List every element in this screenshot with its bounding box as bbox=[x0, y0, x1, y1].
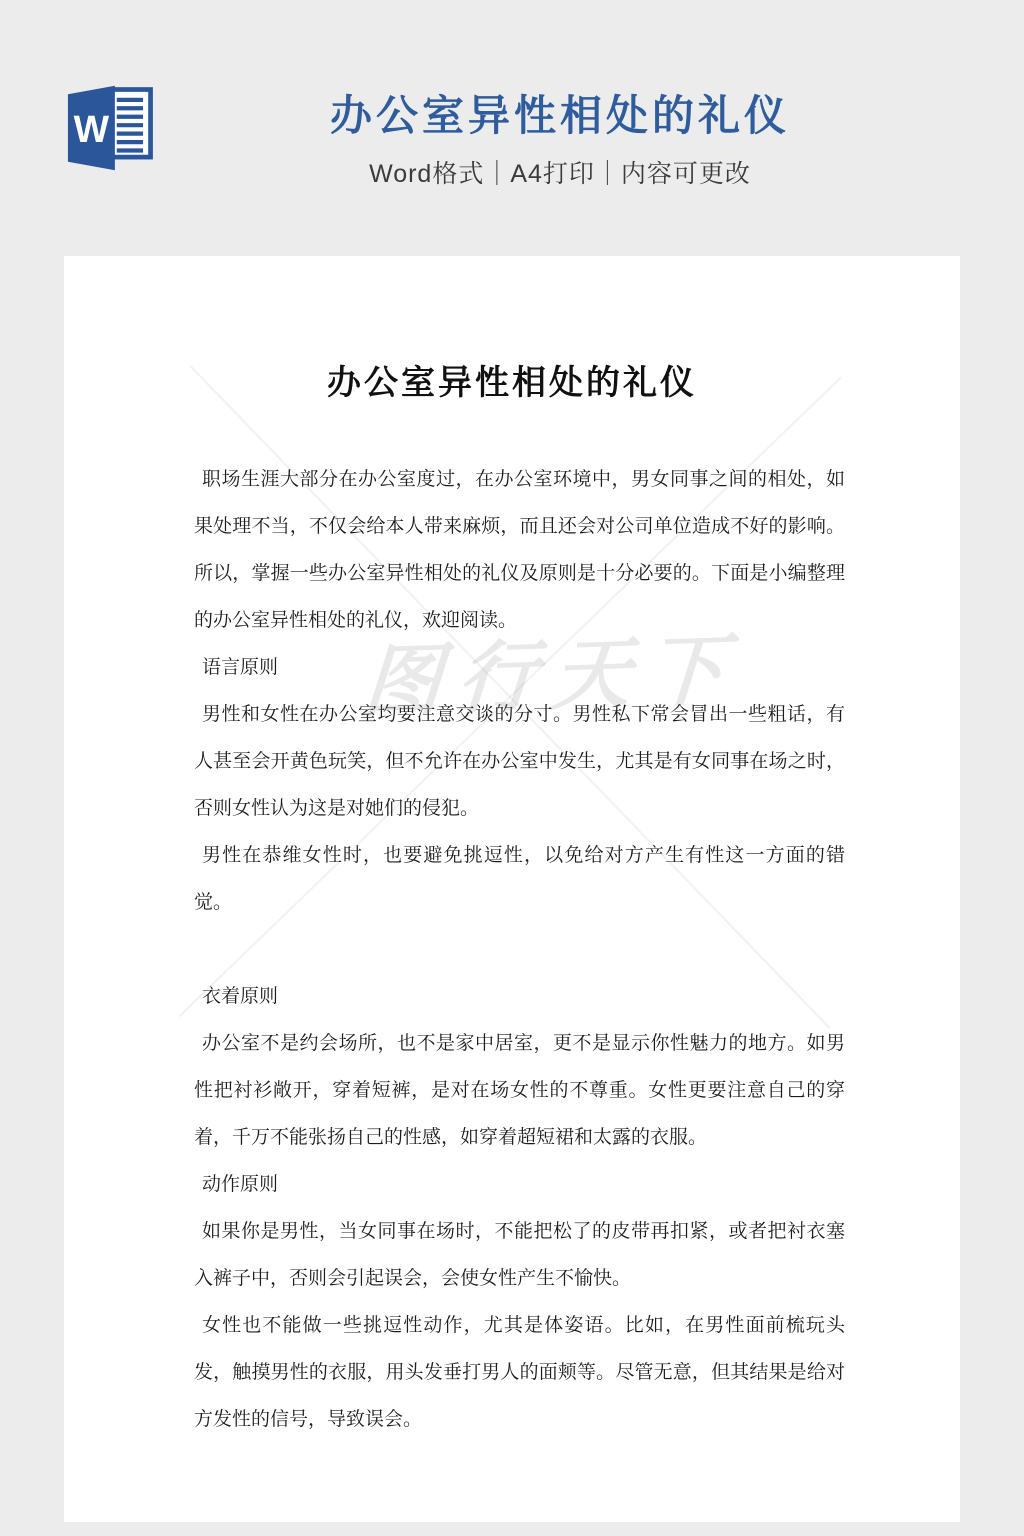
blank-line bbox=[194, 926, 845, 973]
paragraph: 男性在恭维女性时，也要避免挑逗性，以免给对方产生有性这一方面的错觉。 bbox=[194, 832, 845, 926]
document-title: 办公室异性相处的礼仪 bbox=[64, 360, 960, 406]
header-text-block: 办公室异性相处的礼仪 Word格式｜A4打印｜内容可更改 bbox=[320, 90, 800, 190]
header: W 办公室异性相处的礼仪 Word格式｜A4打印｜内容可更改 bbox=[0, 0, 1024, 256]
document-body: 职场生涯大部分在办公室度过，在办公室环境中，男女同事之间的相处，如果处理不当，不… bbox=[64, 456, 960, 1443]
section-heading-language: 语言原则 bbox=[194, 644, 845, 691]
template-subtitle: Word格式｜A4打印｜内容可更改 bbox=[320, 154, 800, 190]
paragraph: 职场生涯大部分在办公室度过，在办公室环境中，男女同事之间的相处，如果处理不当，不… bbox=[194, 456, 845, 644]
paragraph: 女性也不能做一些挑逗性动作，尤其是体姿语。比如，在男性面前梳玩头发，触摸男性的衣… bbox=[194, 1302, 845, 1443]
paragraph: 男性和女性在办公室均要注意交谈的分寸。男性私下常会冒出一些粗话，有人甚至会开黄色… bbox=[194, 691, 845, 832]
section-heading-action: 动作原则 bbox=[194, 1161, 845, 1208]
word-logo-icon: W bbox=[66, 82, 160, 174]
document-page: 图行天下 办公室异性相处的礼仪 职场生涯大部分在办公室度过，在办公室环境中，男女… bbox=[64, 256, 960, 1522]
word-logo-letter: W bbox=[74, 108, 110, 150]
paragraph: 办公室不是约会场所，也不是家中居室，更不是显示你性魅力的地方。如男性把衬衫敞开，… bbox=[194, 1020, 845, 1161]
section-heading-clothing: 衣着原则 bbox=[194, 973, 845, 1020]
paragraph: 如果你是男性，当女同事在场时，不能把松了的皮带再扣紧，或者把衬衣塞入裤子中，否则… bbox=[194, 1208, 845, 1302]
template-title: 办公室异性相处的礼仪 bbox=[320, 90, 800, 142]
